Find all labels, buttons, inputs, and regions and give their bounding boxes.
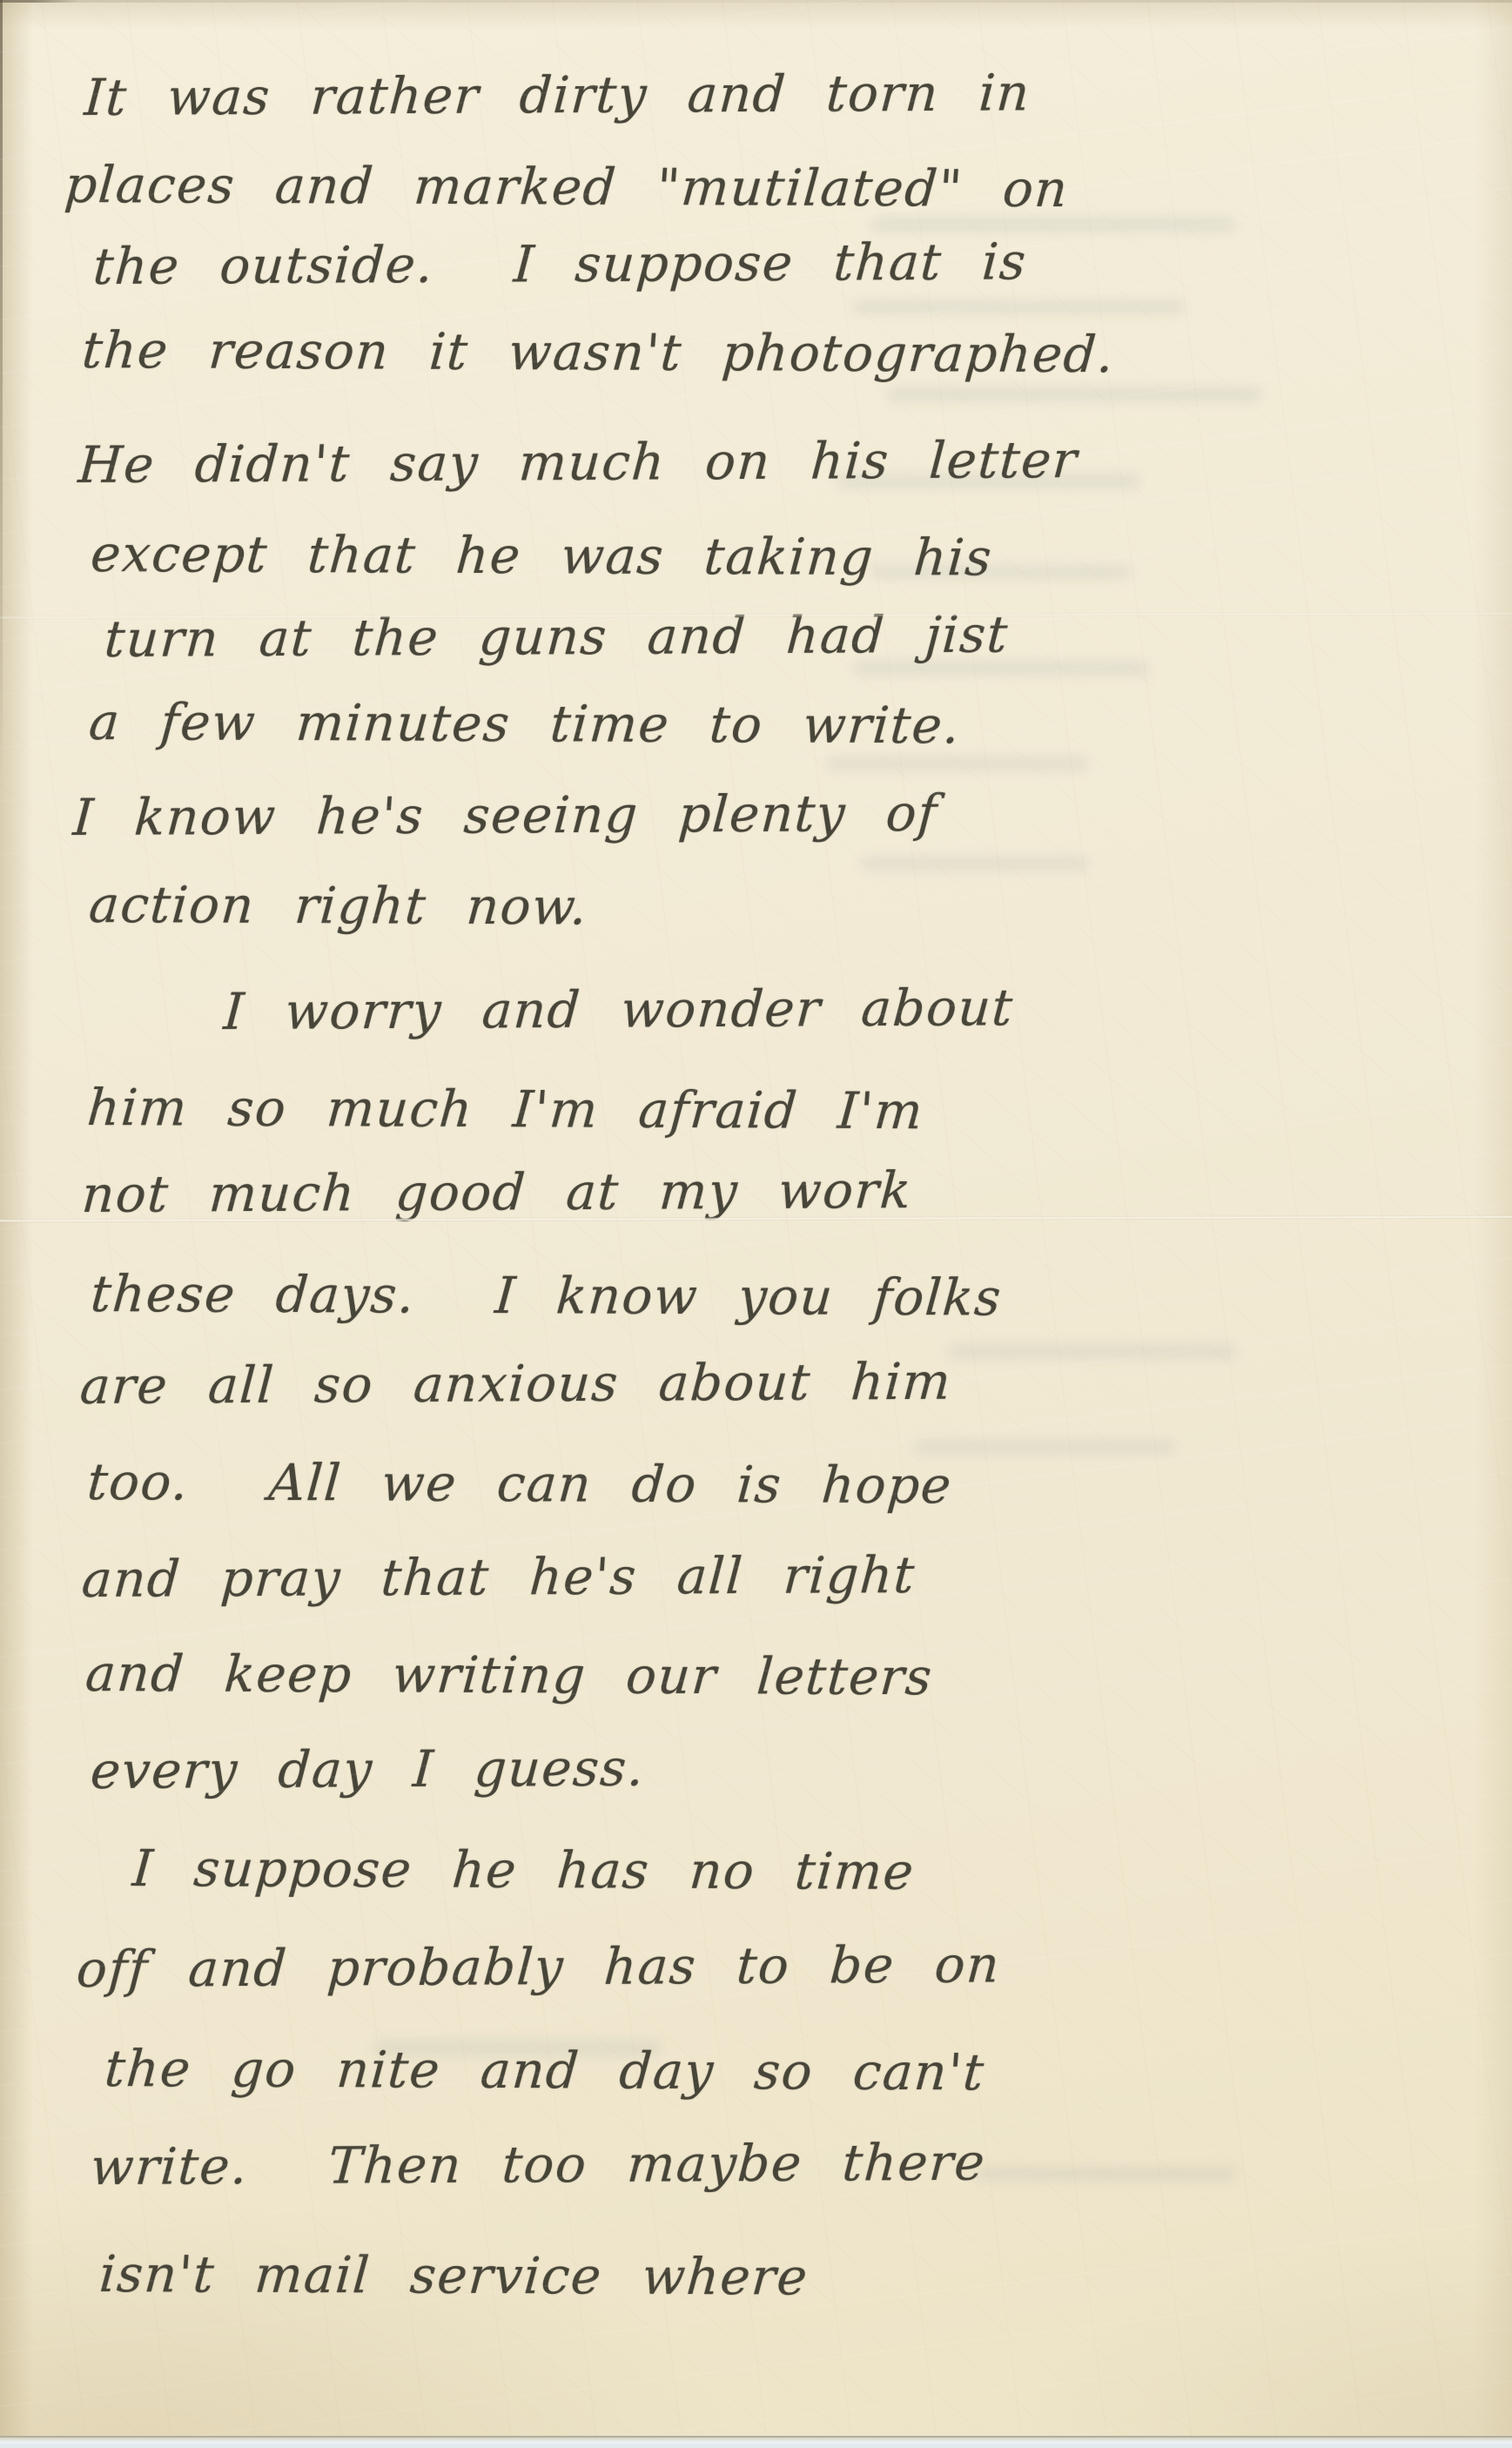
- handwritten-line: write. Then too maybe there: [89, 2133, 988, 2196]
- handwritten-line: these days. I know you folks: [89, 1264, 1004, 1328]
- ink-bleed-ghost: [914, 1441, 1175, 1453]
- handwritten-line: the reason it wasn't photographed.: [80, 320, 1117, 384]
- letter-page: It was rather dirty and torn in places a…: [0, 0, 1512, 2436]
- handwritten-line: off and probably has to be on: [75, 1934, 1002, 1999]
- ink-bleed-ghost: [827, 757, 1088, 770]
- handwritten-line: and keep writing our letters: [84, 1644, 935, 1706]
- handwritten-line: every day I guess.: [89, 1738, 647, 1800]
- handwritten-line: isn't mail service where: [97, 2244, 810, 2307]
- handwritten-line: I suppose he has no time: [131, 1839, 917, 1901]
- handwritten-line: action right now.: [87, 875, 590, 936]
- handwritten-line: too. All we can do is hope: [85, 1452, 954, 1515]
- ink-bleed-ghost: [853, 300, 1184, 313]
- handwritten-line: places and marked "mutilated" on: [63, 155, 1071, 219]
- handwritten-line: a few minutes time to write.: [87, 692, 963, 755]
- scan-edge: [0, 2436, 1512, 2446]
- handwritten-line: I know he's seeing plenty of: [71, 783, 940, 847]
- paper-left-edge: [0, 0, 3, 783]
- handwritten-line: and pray that he's all right: [80, 1545, 917, 1609]
- handwritten-line: It was rather dirty and torn in: [83, 63, 1032, 127]
- paper-top-edge: [0, 0, 1512, 3]
- ink-bleed-ghost: [870, 218, 1236, 232]
- ink-bleed-ghost: [888, 387, 1262, 401]
- handwritten-line: the go nite and day so can't: [103, 2039, 987, 2102]
- handwritten-line: He didn't say much on his letter: [77, 430, 1080, 494]
- handwritten-line: are all so anxious about him: [78, 1352, 953, 1416]
- handwritten-line: the outside. I suppose that is: [91, 232, 1029, 296]
- ink-bleed-ghost: [949, 1345, 1236, 1358]
- ink-bleed-ghost: [975, 2168, 1236, 2180]
- handwritten-line: I worry and wonder about: [222, 978, 1016, 1041]
- handwritten-line: except that he was taking his: [89, 524, 995, 588]
- handwritten-line: him so much I'm afraid I'm: [85, 1078, 925, 1140]
- handwritten-line: not much good at my work: [80, 1160, 914, 1224]
- ink-bleed-ghost: [862, 857, 1088, 870]
